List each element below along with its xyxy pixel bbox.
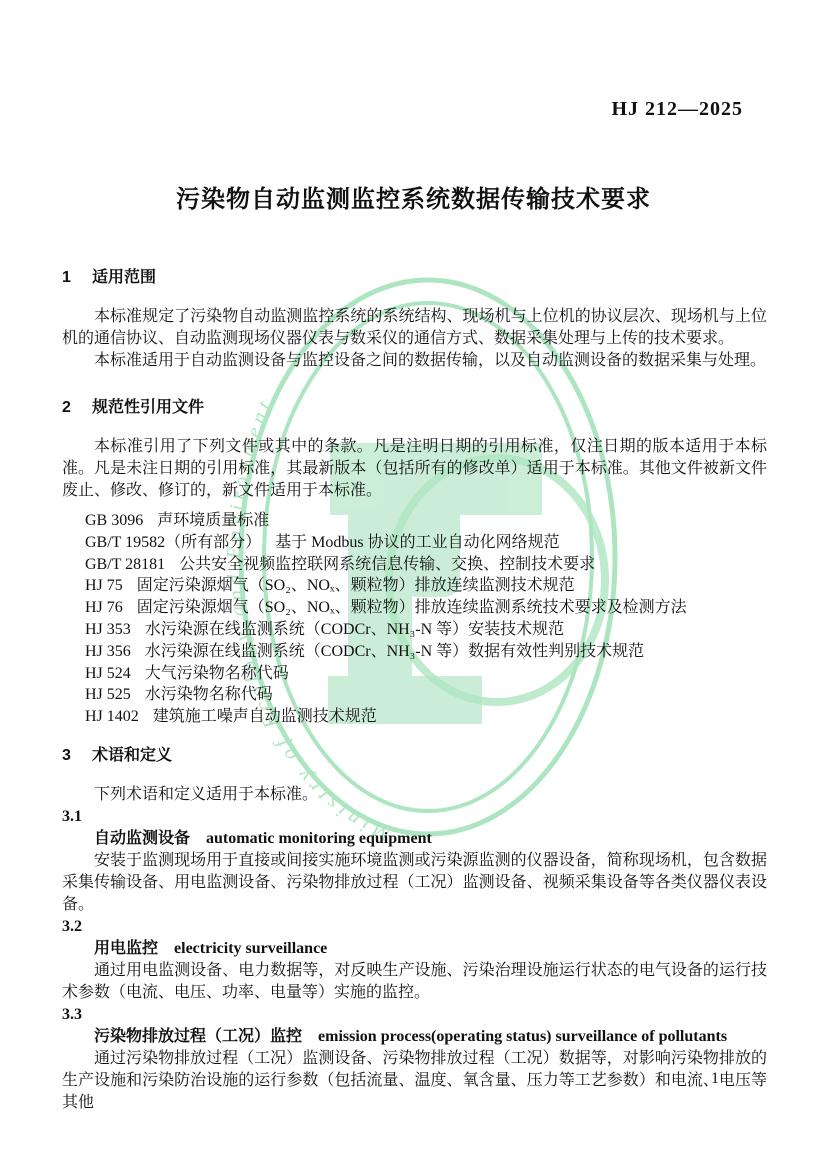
- reference-title: 固定污染源烟气（SO₂、NOₓ、颗粒物）排放连续监测技术规范: [137, 577, 575, 594]
- reference-code: HJ 353: [85, 621, 131, 638]
- term-name-en: emission process(operating status) surve…: [318, 1028, 727, 1045]
- term-id: 3.1: [62, 806, 767, 828]
- reference-code: HJ 76: [85, 599, 123, 616]
- reference-code: HJ 525: [85, 686, 131, 703]
- reference-title: 建筑施工噪声自动监测技术规范: [153, 708, 377, 725]
- standard-code: HJ 212—2025: [611, 98, 743, 121]
- term-name-zh: 自动监测设备: [94, 830, 190, 847]
- reference-code: HJ 356: [85, 643, 131, 660]
- reference-title: 声环境质量标准: [157, 512, 269, 529]
- term-definition: 通过污染物排放过程（工况）监测设备、污染物排放过程（工况）数据等，对影响污染物排…: [62, 1048, 767, 1114]
- section-number: 3: [62, 746, 76, 766]
- reference-code: GB 3096: [85, 512, 143, 529]
- reference-row: HJ 353水污染源在线监测系统（CODCr、NH₃-N 等）安装技术规范: [62, 619, 767, 641]
- section-heading: 2规范性引用文件: [62, 398, 767, 418]
- reference-title: 水污染物名称代码: [145, 686, 273, 703]
- reference-row: HJ 75固定污染源烟气（SO₂、NOₓ、颗粒物）排放连续监测技术规范: [62, 575, 767, 597]
- reference-row: GB/T 28181公共安全视频监控联网系统信息传输、交换、控制技术要求: [62, 554, 767, 576]
- paragraph: 本标准适用于自动监测设备与监控设备之间的数据传输，以及自动监测设备的数据采集与处…: [62, 350, 767, 372]
- term-id: 3.3: [62, 1004, 767, 1026]
- reference-row: HJ 525水污染物名称代码: [62, 684, 767, 706]
- term-name-en: electricity surveillance: [174, 940, 327, 957]
- term-heading: 污染物排放过程（工况）监控emission process(operating …: [62, 1026, 767, 1048]
- reference-row: GB/T 19582（所有部分）基于 Modbus 协议的工业自动化网络规范: [62, 532, 767, 554]
- section-heading-text: 规范性引用文件: [92, 399, 204, 416]
- reference-list: GB 3096声环境质量标准 GB/T 19582（所有部分）基于 Modbus…: [62, 510, 767, 728]
- term-definition: 通过用电监测设备、电力数据等，对反映生产设施、污染治理设施运行状态的电气设备的运…: [62, 960, 767, 1004]
- term-heading: 用电监控electricity surveillance: [62, 938, 767, 960]
- reference-title: 固定污染源烟气（SO₂、NOₓ、颗粒物）排放连续监测系统技术要求及检测方法: [137, 599, 687, 616]
- section-normative-references: 2规范性引用文件 本标准引用了下列文件或其中的条款。凡是注明日期的引用标准，仅注…: [62, 398, 767, 728]
- paragraph: 本标准规定了污染物自动监测监控系统的系统结构、现场机与上位机的协议层次、现场机与…: [62, 306, 767, 350]
- term-entry: 3.3 污染物排放过程（工况）监控emission process(operat…: [62, 1004, 767, 1114]
- term-id: 3.2: [62, 916, 767, 938]
- term-name-zh: 用电监控: [94, 940, 158, 957]
- reference-title: 基于 Modbus 协议的工业自动化网络规范: [275, 534, 559, 551]
- reference-title: 水污染源在线监测系统（CODCr、NH₃-N 等）安装技术规范: [145, 621, 564, 638]
- section-heading-text: 术语和定义: [92, 747, 172, 764]
- term-name-en: automatic monitoring equipment: [206, 830, 432, 847]
- reference-row: HJ 1402建筑施工噪声自动监测技术规范: [62, 706, 767, 728]
- term-entry: 3.1 自动监测设备automatic monitoring equipment…: [62, 806, 767, 916]
- term-name-zh: 污染物排放过程（工况）监控: [94, 1028, 302, 1045]
- section-heading: 1适用范围: [62, 268, 767, 288]
- reference-title: 大气污染物名称代码: [145, 665, 289, 682]
- term-entry: 3.2 用电监控electricity surveillance 通过用电监测设…: [62, 916, 767, 1004]
- terms-intro: 下列术语和定义适用于本标准。: [62, 784, 767, 806]
- reference-code: HJ 75: [85, 577, 123, 594]
- section-terms-definitions: 3术语和定义 下列术语和定义适用于本标准。 3.1 自动监测设备automati…: [62, 746, 767, 1114]
- term-heading: 自动监测设备automatic monitoring equipment: [62, 828, 767, 850]
- section-number: 2: [62, 398, 76, 418]
- content-layer: HJ 212—2025 污染物自动监测监控系统数据传输技术要求 1适用范围 本标…: [0, 0, 827, 1170]
- section-heading: 3术语和定义: [62, 746, 767, 766]
- document-title: 污染物自动监测监控系统数据传输技术要求: [0, 179, 827, 214]
- reference-code: GB/T 28181: [85, 556, 165, 573]
- reference-row: HJ 76固定污染源烟气（SO₂、NOₓ、颗粒物）排放连续监测系统技术要求及检测…: [62, 597, 767, 619]
- reference-row: HJ 524大气污染物名称代码: [62, 663, 767, 685]
- term-definition: 安装于监测现场用于直接或间接实施环境监测或污染源监测的仪器设备，简称现场机，包含…: [62, 850, 767, 916]
- section-heading-text: 适用范围: [92, 269, 156, 286]
- reference-title: 水污染源在线监测系统（CODCr、NH₃-N 等）数据有效性判别技术规范: [145, 643, 644, 660]
- reference-code: HJ 524: [85, 665, 131, 682]
- section-number: 1: [62, 268, 76, 288]
- reference-code: HJ 1402: [85, 708, 139, 725]
- document-page: Ministry of Ecology and Environment HJ 2…: [0, 0, 827, 1170]
- reference-row: GB 3096声环境质量标准: [62, 510, 767, 532]
- section-scope: 1适用范围 本标准规定了污染物自动监测监控系统的系统结构、现场机与上位机的协议层…: [62, 268, 767, 372]
- page-number: 1: [700, 1070, 730, 1088]
- reference-title: 公共安全视频监控联网系统信息传输、交换、控制技术要求: [179, 556, 595, 573]
- paragraph: 本标准引用了下列文件或其中的条款。凡是注明日期的引用标准，仅注日期的版本适用于本…: [62, 436, 767, 502]
- reference-row: HJ 356水污染源在线监测系统（CODCr、NH₃-N 等）数据有效性判别技术…: [62, 641, 767, 663]
- reference-code: GB/T 19582（所有部分）: [85, 534, 261, 551]
